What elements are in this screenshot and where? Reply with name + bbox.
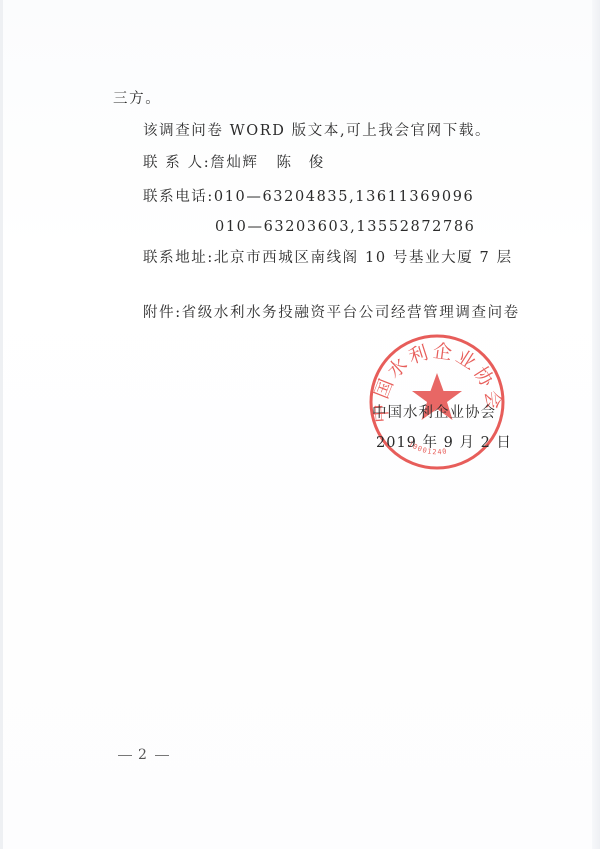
phone-numbers-1: 010—63204835,13611369096 (214, 189, 474, 205)
phone-line-2: 010—63203603,13552872786 (215, 218, 475, 236)
contact-address: 联系地址:北京市西城区南线阁 10 号基业大厦 7 层 (143, 249, 513, 267)
page-edge-left (0, 0, 3, 849)
signing-date: 2019 年 9 月 2 日 (376, 434, 512, 452)
contact-label: 联 系 人: (143, 155, 210, 171)
paragraph-continuation: 三方。 (113, 90, 161, 108)
word-download-notice: 该调查问卷 WORD 版文本,可上我会官网下载。 (143, 122, 491, 140)
phone-line-1: 联系电话:010—63204835,13611369096 (143, 188, 474, 206)
signing-organization: 中国水利企业协会 (372, 404, 496, 422)
contact-person-1: 詹灿辉 (210, 155, 258, 171)
document-page: 三方。 该调查问卷 WORD 版文本,可上我会官网下载。 联 系 人:詹灿辉陈 … (0, 0, 600, 849)
dash-right (155, 755, 169, 756)
dash-left (118, 755, 132, 756)
page-number-value: 2 (138, 747, 149, 763)
page-edge-right (592, 0, 600, 849)
page-number: 2 (112, 747, 175, 763)
attachment-title: 附件:省级水利水务投融资平台公司经营管理调查问卷 (143, 304, 520, 322)
phone-label: 联系电话: (143, 189, 214, 205)
contact-persons: 联 系 人:詹灿辉陈 俊 (143, 154, 325, 172)
contact-person-2: 陈 俊 (277, 155, 325, 171)
